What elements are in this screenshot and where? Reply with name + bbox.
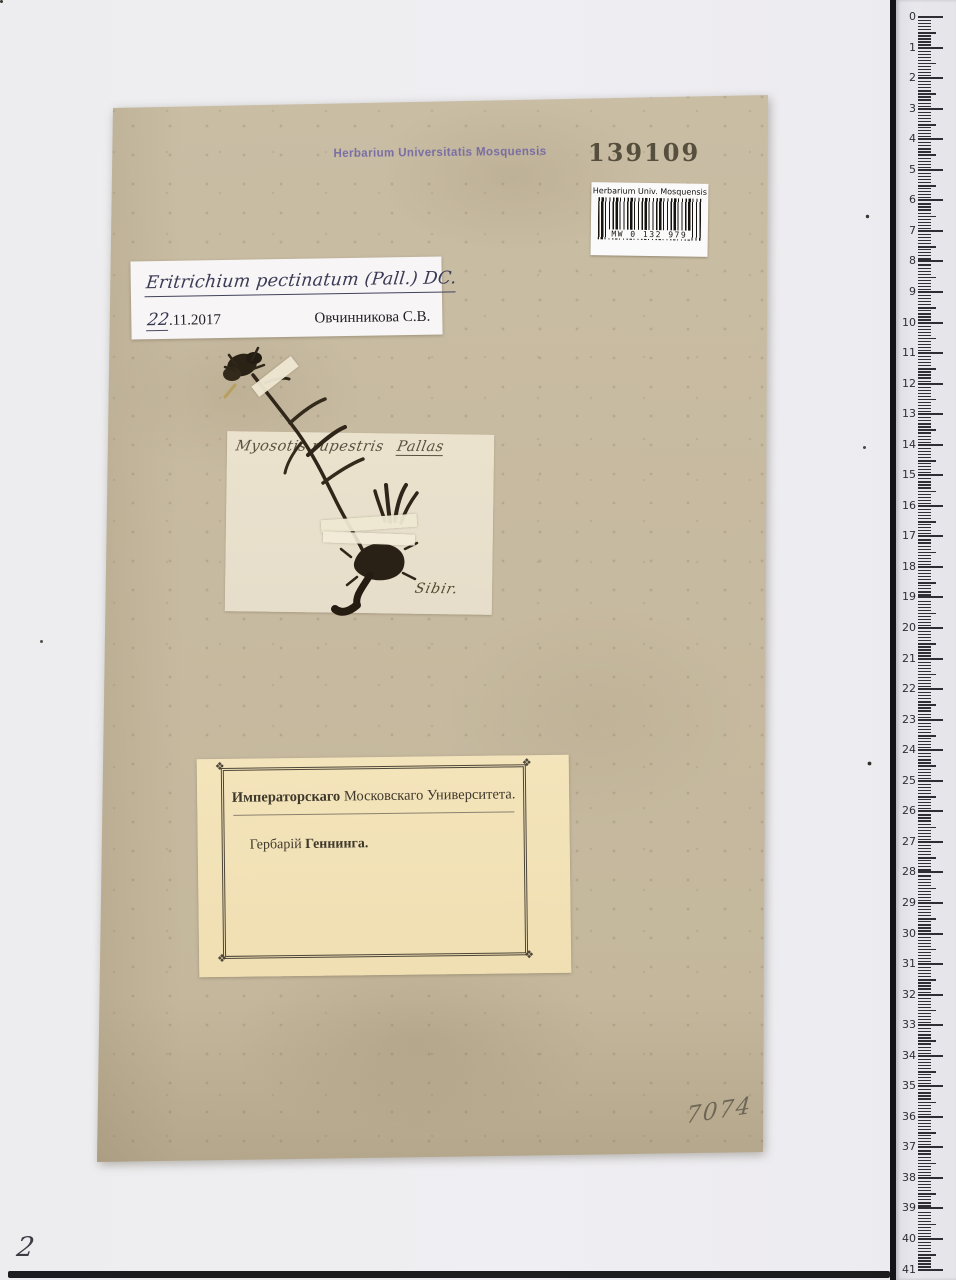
- ruler-tick-minor: [918, 1157, 931, 1158]
- ruler-tick-minor: [918, 723, 931, 724]
- ruler-tick-minor: [918, 1095, 931, 1096]
- ruler-tick-minor: [918, 1050, 931, 1051]
- ruler-tick-minor: [918, 29, 931, 30]
- ruler-tick-minor: [918, 439, 931, 440]
- ruler-tick-minor: [918, 515, 931, 516]
- ruler-tick-minor: [918, 979, 936, 981]
- ruler-number: 23: [902, 713, 916, 726]
- ruler-tick-minor: [918, 151, 931, 152]
- ruler-tick-major: [918, 1269, 943, 1271]
- ruler-tick-minor: [918, 1263, 931, 1264]
- ruler-number: 4: [909, 132, 916, 145]
- ruler-tick-minor: [918, 1160, 931, 1161]
- ruler-tick-minor: [918, 546, 931, 547]
- ruler-tick-minor: [918, 286, 931, 287]
- ruler-tick-minor: [918, 41, 931, 42]
- ruler-tick-minor: [918, 1111, 931, 1112]
- ruler-tick-major: [918, 749, 943, 751]
- ruler-tick-minor: [918, 616, 931, 617]
- ruler-number: 1: [909, 41, 916, 54]
- ruler-tick-minor: [918, 726, 931, 727]
- ruler-tick-minor: [918, 769, 931, 770]
- ruler-number: 35: [902, 1079, 916, 1092]
- ruler-number: 11: [902, 346, 916, 359]
- ruler-tick-minor: [918, 1141, 931, 1142]
- ruler-tick-minor: [918, 930, 931, 931]
- ruler-tick-minor: [918, 35, 931, 36]
- ruler-tick-minor: [918, 824, 931, 825]
- ruler-tick-minor: [918, 1248, 931, 1249]
- institution-name: Императорскаго Московскаго Университета.: [224, 786, 523, 807]
- ruler-tick-minor: [918, 121, 931, 122]
- ruler-tick-minor: [918, 304, 931, 305]
- ruler-tick-minor: [918, 1221, 931, 1222]
- ruler-tick-major: [918, 780, 943, 782]
- ruler-tick-minor: [918, 759, 931, 760]
- ruler-tick-minor: [918, 879, 931, 880]
- ruler-number: 24: [902, 743, 916, 756]
- ruler-tick-minor: [918, 69, 931, 70]
- ruler-tick-minor: [918, 1037, 931, 1038]
- ruler-tick-minor: [918, 1098, 931, 1099]
- ruler-tick-minor: [918, 762, 931, 763]
- ruler-tick-minor: [918, 604, 931, 605]
- ruler-tick-minor: [918, 827, 936, 829]
- ruler-tick-minor: [918, 1034, 931, 1035]
- ruler-tick-minor: [918, 72, 931, 73]
- ruler-tick-minor: [918, 408, 931, 409]
- ruler-tick-minor: [918, 258, 931, 259]
- ruler-tick-minor: [918, 1080, 931, 1081]
- ruler-tick-minor: [918, 1184, 931, 1185]
- ruler-tick-minor: [918, 512, 931, 513]
- ruler-tick-minor: [918, 982, 931, 983]
- ruler-tick-minor: [918, 185, 936, 187]
- ruler-tick-minor: [918, 1251, 931, 1252]
- ruler-tick-minor: [918, 148, 931, 149]
- ruler-tick-minor: [918, 295, 931, 296]
- ruler-tick-minor: [918, 729, 931, 730]
- ruler-tick-minor: [918, 915, 931, 916]
- ruler-tick-minor: [918, 665, 931, 666]
- ruler-tick-major: [918, 994, 943, 996]
- ruler-tick-minor: [918, 594, 931, 595]
- ruler-tick-major: [918, 138, 943, 140]
- ruler-tick-minor: [918, 1123, 931, 1124]
- ruler-number: 18: [902, 560, 916, 573]
- ruler-tick-major: [918, 535, 943, 537]
- ruler-tick-minor: [918, 854, 931, 855]
- ruler-tick-minor: [918, 176, 931, 177]
- ruler-tick-minor: [918, 158, 931, 159]
- ruler-tick-minor: [918, 799, 931, 800]
- ruler-tick-minor: [918, 1212, 931, 1213]
- ruler-tick-minor: [918, 329, 931, 330]
- ruler-tick-minor: [918, 958, 931, 959]
- ruler-tick-minor: [918, 20, 931, 21]
- dust-speck: [0, 0, 3, 3]
- ruler-tick-minor: [918, 423, 931, 424]
- ruler-number: 28: [902, 866, 916, 879]
- ruler-tick-minor: [918, 442, 931, 443]
- ruler-tick-minor: [918, 127, 931, 128]
- ruler-tick-minor: [918, 579, 931, 580]
- ruler-tick-minor: [918, 432, 931, 433]
- ruler-tick-minor: [918, 1266, 931, 1267]
- ruler-number: 3: [909, 102, 916, 115]
- ruler-tick-minor: [918, 54, 931, 55]
- ruler-number: 37: [902, 1140, 916, 1153]
- ruler-tick-major: [918, 1116, 943, 1118]
- ruler-tick-minor: [918, 457, 931, 458]
- ruler-tick-minor: [918, 1010, 936, 1012]
- ruler-tick-minor: [918, 252, 931, 253]
- ruler-tick-minor: [918, 472, 931, 473]
- ruler-tick-minor: [918, 249, 931, 250]
- ruler-tick-minor: [918, 381, 931, 382]
- ruler-tick-minor: [918, 585, 931, 586]
- ruler-tick-minor: [918, 848, 931, 849]
- ruler-tick-minor: [918, 136, 931, 137]
- ruler-tick-minor: [918, 967, 931, 968]
- ruler-tick-minor: [918, 503, 931, 504]
- ruler-tick-minor: [918, 1169, 931, 1170]
- ruler-tick-minor: [918, 237, 931, 238]
- ruler-tick-minor: [918, 81, 931, 82]
- ruler-tick-minor: [918, 274, 931, 275]
- ruler-tick-major: [918, 933, 943, 935]
- ruler-tick-minor: [918, 707, 931, 708]
- ruler-tick-minor: [918, 26, 931, 27]
- ruler-tick-minor: [918, 255, 931, 256]
- ruler-tick-major: [918, 627, 943, 629]
- ruler-tick-minor: [918, 197, 931, 198]
- ruler-tick-minor: [918, 206, 931, 207]
- ruler-tick-minor: [918, 943, 931, 944]
- ruler-tick-major: [918, 383, 943, 385]
- ruler-tick-minor: [918, 396, 931, 397]
- ruler-tick-minor: [918, 710, 931, 711]
- ruler-tick-minor: [918, 698, 931, 699]
- ruler-tick-minor: [918, 487, 931, 488]
- ruler-tick-minor: [918, 527, 931, 528]
- ruler-tick-minor: [918, 582, 936, 584]
- ruler-tick-minor: [918, 921, 931, 922]
- ruler-tick-minor: [918, 405, 931, 406]
- university-stamp: Herbarium Universitatis Mosquensis: [333, 146, 547, 160]
- ruler-tick-minor: [918, 411, 931, 412]
- ruler-tick-minor: [918, 1013, 931, 1014]
- ruler-tick-minor: [918, 949, 936, 951]
- ruler-tick-minor: [918, 426, 931, 427]
- ruler-tick-minor: [918, 66, 931, 67]
- ruler-tick-minor: [918, 1172, 931, 1173]
- ruler-tick-minor: [918, 900, 931, 901]
- ruler-tick-major: [918, 1055, 943, 1057]
- ruler-tick-minor: [918, 460, 936, 462]
- ruler-tick-minor: [918, 738, 931, 739]
- ruler-tick-minor: [918, 57, 931, 58]
- pencil-number: 7074: [685, 1092, 753, 1129]
- ruler-tick-minor: [918, 778, 931, 779]
- ruler-tick-minor: [918, 209, 931, 210]
- ruler-tick-minor: [918, 998, 931, 999]
- ruler-tick-minor: [918, 164, 931, 165]
- ruler-number: 40: [902, 1232, 916, 1245]
- ruler-tick-minor: [918, 1224, 936, 1226]
- ruler-tick-major: [918, 474, 943, 476]
- ruler-tick-minor: [918, 918, 936, 920]
- ruler-tick-minor: [918, 271, 931, 272]
- ruler-tick-minor: [918, 319, 931, 320]
- ruler-number: 21: [902, 652, 916, 665]
- ruler-tick-minor: [918, 677, 931, 678]
- ruler-number: 27: [902, 835, 916, 848]
- ruler-number: 12: [902, 377, 916, 390]
- ruler-tick-minor: [918, 570, 931, 571]
- ruler-tick-minor: [918, 1001, 931, 1002]
- ruler-tick-minor: [918, 549, 931, 550]
- herbarium-sheet: Herbarium Universitatis Mosquensis 13910…: [85, 90, 775, 1170]
- ruler-tick-minor: [918, 1230, 931, 1231]
- ruler-tick-minor: [918, 1196, 931, 1197]
- ruler-tick-minor: [918, 1242, 931, 1243]
- ruler-number: 38: [902, 1171, 916, 1184]
- ruler-tick-minor: [918, 894, 931, 895]
- ruler-tick-minor: [918, 494, 931, 495]
- barcode-title: Herbarium Univ. Mosquensis: [591, 186, 708, 197]
- ruler-tick-minor: [918, 1062, 931, 1063]
- ruler-tick-minor: [918, 655, 931, 656]
- ruler-tick-minor: [918, 952, 931, 953]
- ruler-tick-minor: [918, 133, 931, 134]
- ruler-tick-minor: [918, 1016, 931, 1017]
- ruler-tick-minor: [918, 301, 931, 302]
- ruler-tick-minor: [918, 167, 931, 168]
- ruler-tick-minor: [918, 576, 931, 577]
- ruler-number: 19: [902, 591, 916, 604]
- ruler-tick-minor: [918, 509, 931, 510]
- ruler-tick-minor: [918, 1257, 931, 1258]
- ruler-tick-minor: [918, 448, 931, 449]
- ruler-tick-minor: [918, 478, 931, 479]
- ruler-tick-minor: [918, 350, 931, 351]
- ruler-tick-minor: [918, 973, 931, 974]
- ruler-tick-minor: [918, 112, 931, 113]
- ruler-tick-minor: [918, 454, 931, 455]
- ruler-tick-minor: [918, 796, 936, 798]
- ruler-tick-minor: [918, 530, 931, 531]
- ruler-tick-minor: [918, 625, 931, 626]
- ruler-number: 0: [909, 10, 916, 23]
- ruler-tick-minor: [918, 662, 931, 663]
- ruler-tick-minor: [918, 1175, 931, 1176]
- ruler-tick-minor: [918, 940, 931, 941]
- ruler-tick-minor: [918, 869, 931, 870]
- ruler-tick-minor: [918, 228, 931, 229]
- ruler-tick-minor: [918, 564, 931, 565]
- ruler-tick-minor: [918, 784, 931, 785]
- ruler-tick-minor: [918, 671, 931, 672]
- ruler-tick-minor: [918, 1218, 931, 1219]
- ruler-tick-major: [918, 871, 943, 873]
- ruler-tick-minor: [918, 1120, 931, 1121]
- ruler-tick-minor: [918, 912, 931, 913]
- determination-meta-row: 22.11.2017 Овчинникова С.В.: [147, 306, 430, 331]
- ruler-number: 6: [909, 193, 916, 206]
- plant-specimen: [205, 335, 470, 625]
- ruler-tick-minor: [918, 683, 931, 684]
- ruler-tick-minor: [918, 1004, 931, 1005]
- ruler-tick-minor: [918, 643, 936, 645]
- ruler-number: 22: [902, 682, 916, 695]
- ruler-tick-minor: [918, 1092, 931, 1093]
- ruler-tick-minor: [918, 371, 931, 372]
- ruler-tick-major: [918, 1238, 943, 1240]
- ruler-tick-minor: [918, 310, 931, 311]
- ruler-tick-minor: [918, 1083, 931, 1084]
- ruler-tick-minor: [918, 497, 931, 498]
- ruler-tick-major: [918, 322, 943, 324]
- ruler-tick-minor: [918, 882, 931, 883]
- ruler-tick-minor: [918, 222, 931, 223]
- ruler-tick-minor: [918, 368, 936, 370]
- ruler-tick-minor: [918, 316, 931, 317]
- ruler-tick-minor: [918, 326, 931, 327]
- ruler-tick-major: [918, 47, 943, 49]
- ruler-tick-minor: [918, 1132, 936, 1134]
- ruler-tick-minor: [918, 130, 931, 131]
- ruler-tick-minor: [918, 888, 936, 890]
- ruler-tick-minor: [918, 787, 931, 788]
- ruler-tick-minor: [918, 402, 931, 403]
- ruler-tick-minor: [918, 1040, 936, 1042]
- ruler-tick-major: [918, 77, 943, 79]
- ruler-tick-minor: [918, 436, 931, 437]
- ruler-tick-major: [918, 1085, 943, 1087]
- ruler-tick-major: [918, 1146, 943, 1148]
- ruler-tick-minor: [918, 649, 931, 650]
- ruler-tick-minor: [918, 429, 936, 431]
- ruler-tick-major: [918, 658, 943, 660]
- ruler-tick-minor: [918, 268, 931, 269]
- ruler-tick-minor: [918, 243, 931, 244]
- ruler-tick-minor: [918, 75, 931, 76]
- ruler-tick-minor: [918, 1126, 931, 1127]
- ruler-tick-minor: [918, 985, 931, 986]
- ruler-tick-minor: [918, 1019, 931, 1020]
- ruler-tick-minor: [918, 194, 931, 195]
- determination-label: Eritrichium pectinatum (Pall.) DC. 22.11…: [130, 257, 442, 340]
- ruler-tick-minor: [918, 1047, 931, 1048]
- ruler-tick-minor: [918, 390, 931, 391]
- ruler-number: 15: [902, 468, 916, 481]
- ruler-tick-minor: [918, 533, 931, 534]
- ruler-tick-minor: [918, 1007, 931, 1008]
- ruler-tick-minor: [918, 280, 931, 281]
- ruler-tick-minor: [918, 680, 931, 681]
- ruler-tick-minor: [918, 154, 936, 156]
- ruler-tick-minor: [918, 374, 931, 375]
- ruler-tick-minor: [918, 946, 931, 947]
- ruler-tick-minor: [918, 674, 936, 676]
- ruler-tick-minor: [918, 735, 936, 737]
- ruler-tick-minor: [918, 469, 931, 470]
- ruler-number: 8: [909, 255, 916, 268]
- ruler-tick-minor: [918, 1074, 931, 1075]
- ruler-tick-minor: [918, 1153, 931, 1154]
- ruler-tick-minor: [918, 87, 931, 88]
- ruler-tick-minor: [918, 955, 931, 956]
- ruler-tick-minor: [918, 937, 931, 938]
- ruler-tick-minor: [918, 1150, 931, 1151]
- ruler-tick-minor: [918, 741, 931, 742]
- institution-label: ❖ ❖ ❖ ❖ Императорскаго Московскаго Униве…: [197, 755, 572, 978]
- ruler-tick-minor: [918, 820, 931, 821]
- ruler-number: 9: [909, 285, 916, 298]
- ruler-tick-minor: [918, 399, 936, 401]
- ruler-tick-minor: [918, 451, 931, 452]
- herbarium-collection-name: Гербарій Геннинга.: [250, 834, 524, 853]
- ruler-tick-minor: [918, 539, 931, 540]
- ruler-tick-minor: [918, 99, 931, 100]
- ruler-tick-minor: [918, 182, 931, 183]
- ruler-tick-minor: [918, 298, 931, 299]
- ruler-tick-minor: [918, 179, 931, 180]
- ruler-tick-minor: [918, 307, 936, 309]
- ruler-tick-minor: [918, 38, 931, 39]
- ruler-tick-major: [918, 841, 943, 843]
- ruler-tick-minor: [918, 961, 931, 962]
- ruler-tick-minor: [918, 573, 931, 574]
- ruler-tick-minor: [918, 561, 931, 562]
- ruler-number: 20: [902, 621, 916, 634]
- ruler-tick-minor: [918, 1089, 931, 1090]
- ruler-tick-major: [918, 291, 943, 293]
- ruler-tick-minor: [918, 124, 936, 126]
- ruler-tick-minor: [918, 60, 931, 61]
- ruler-tick-minor: [918, 173, 931, 174]
- ruler-tick-minor: [918, 246, 936, 248]
- ruler-tick-minor: [918, 753, 931, 754]
- ruler-tick-major: [918, 352, 943, 354]
- ruler-tick-minor: [918, 93, 936, 95]
- ruler-tick-minor: [918, 44, 931, 45]
- ruler-tick-minor: [918, 1138, 931, 1139]
- ruler-tick-minor: [918, 1199, 931, 1200]
- ruler-tick-minor: [918, 802, 931, 803]
- ruler-tick-minor: [918, 775, 931, 776]
- ruler-tick-minor: [918, 866, 931, 867]
- ruler-tick-minor: [918, 96, 931, 97]
- ruler-tick-minor: [918, 1022, 931, 1023]
- ruler-number: 25: [902, 774, 916, 787]
- ruler-tick-minor: [918, 84, 931, 85]
- ruler-tick-minor: [918, 652, 931, 653]
- ruler-tick-major: [918, 1177, 943, 1179]
- ruler-tick-minor: [918, 161, 931, 162]
- ruler-tick-minor: [918, 1071, 936, 1073]
- ruler-tick-minor: [918, 924, 931, 925]
- ruler-tick-minor: [918, 833, 931, 834]
- ruler-tick-minor: [918, 704, 936, 706]
- ruler-tick-minor: [918, 646, 931, 647]
- ruler-tick-minor: [918, 1031, 931, 1032]
- ruler-tick-minor: [918, 393, 931, 394]
- ruler-tick-minor: [918, 216, 936, 218]
- ruler: 0123456789101112131415161718192021222324…: [896, 0, 956, 1280]
- ruler-number: 41: [902, 1263, 916, 1276]
